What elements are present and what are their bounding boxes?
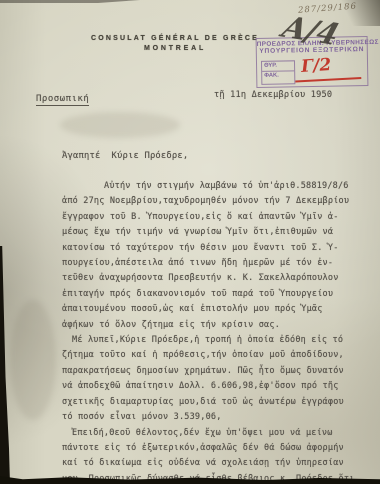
scan-corner-shadow	[320, 0, 380, 26]
paragraph-1: Αὐτήν τήν στιγμήν λαμβάνω τό ὑπ'ἀριθ.588…	[62, 179, 364, 333]
letterhead-line2: MONTREAL	[85, 45, 265, 52]
stamp-field-fak: ΦΑΚ.	[262, 70, 294, 80]
scan-edge-top	[0, 0, 140, 3]
handwritten-filing-code: Γ/2	[300, 55, 331, 77]
scanned-letter-page: 287/29/186 CONSULAT GÉNÉRAL DE GRÈCE MON…	[0, 0, 380, 484]
classification-label: Προσωπική	[36, 94, 89, 106]
letterhead: CONSULAT GÉNÉRAL DE GRÈCE MONTREAL	[85, 35, 265, 52]
letter-body: Αὐτήν τήν στιγμήν λαμβάνω τό ὑπ'ἀριθ.588…	[62, 179, 364, 484]
scan-edge-left	[0, 246, 10, 484]
date-line: τῇ 11η Δεκεμβρίου 1950	[214, 90, 332, 100]
handwritten-red-underline	[295, 77, 361, 82]
stamp-fields-box: ΘΥΡ. ΦΑΚ.	[261, 60, 295, 85]
salutation: Ἀγαπητέ Κύριε Πρόεδρε,	[62, 151, 188, 161]
paragraph-2: Μέ λυπεῖ,Κύριε Πρόεδρε,ἡ τροπή ἡ ὁποία ἐ…	[62, 333, 364, 425]
paper-smudge	[60, 112, 180, 138]
paper-smudge	[10, 300, 56, 420]
paragraph-3: Ἐπειδή,Θεοῦ θέλοντος,δέν ἔχω ὑπ'ὄψει μου…	[62, 426, 364, 484]
letterhead-line1: CONSULAT GÉNÉRAL DE GRÈCE	[85, 35, 265, 42]
